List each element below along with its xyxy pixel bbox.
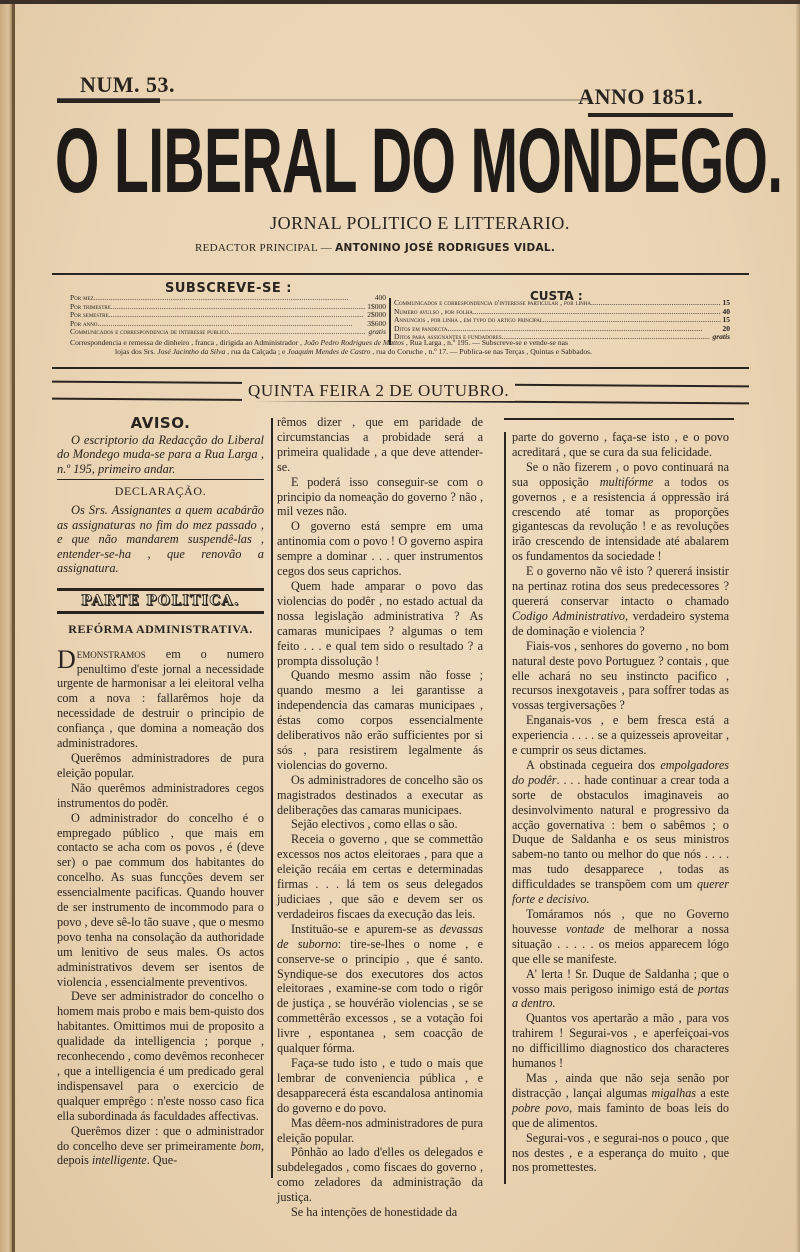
- article-paragraph: O administrador do concelho é o empregad…: [57, 811, 264, 990]
- header-divider: [52, 273, 749, 275]
- notice-body: O escriptorio da Redacção do Liberal do …: [57, 433, 264, 477]
- editor-line: REDACTOR PRINCIPAL — ANTONINO JOSÉ RODRI…: [195, 242, 555, 254]
- article-paragraph: Querêmos administradores de pura eleição…: [57, 751, 264, 781]
- article-paragraph: A obstinada cegueira dos empolgadores do…: [512, 758, 729, 907]
- column-rule: [271, 418, 273, 1178]
- column-3: parte do governo , faça-se isto , e o po…: [512, 430, 729, 1175]
- editor-label: REDACTOR PRINCIPAL —: [195, 242, 332, 254]
- publication-notes: Correspondencia e remessa de dinheiro , …: [70, 338, 730, 356]
- page-edge-top: [0, 0, 800, 4]
- date-banner: QUINTA FEIRA 2 DE OUTUBRO.: [52, 377, 749, 407]
- article-paragraph: parte do governo , faça-se isto , e o po…: [512, 430, 729, 460]
- cost-row: Numero avulso , por folha40: [394, 308, 730, 317]
- article-paragraph: Pônhão ao lado d'elles os delegados e su…: [277, 1145, 483, 1205]
- price-row: Por trimestre1$000: [70, 303, 386, 312]
- article-paragraph: Instituão-se e apurem-se as devassas de …: [277, 922, 483, 1056]
- subscription-price-list: Por mez400 Por trimestre1$000 Por semest…: [70, 294, 386, 337]
- price-row: Por anno3$600: [70, 320, 386, 329]
- header-rule-left: [57, 98, 160, 103]
- article-paragraph: Deve ser administrador do concelho o hom…: [57, 989, 264, 1123]
- drop-cap: D: [57, 649, 77, 671]
- price-row: Por mez400: [70, 294, 386, 303]
- article-paragraph: Querêmos dizer : que o administrador do …: [57, 1124, 264, 1169]
- article-paragraph: Quem hade amparar o povo das violencias …: [277, 579, 483, 668]
- notes-divider: [52, 367, 749, 369]
- article-paragraph: E o governo não vê isto ? quererá insist…: [512, 564, 729, 639]
- article-paragraph: Mas dêem-nos administradores de pura ele…: [277, 1116, 483, 1146]
- article-paragraph: Fiais-vos , senhores do governo , no bom…: [512, 639, 729, 714]
- newspaper-title: O LIBERAL DO MONDEGO.: [55, 116, 489, 206]
- article-paragraph: Quando mesmo assim não fosse ; quando me…: [277, 668, 483, 772]
- issue-date: QUINTA FEIRA 2 DE OUTUBRO.: [242, 381, 515, 401]
- column-1: AVISO. O escriptorio da Redacção do Libe…: [57, 414, 264, 1168]
- article-paragraph: Se o não fizerem , o povo continuará na …: [512, 460, 729, 564]
- article-paragraph: Se ha intenções de honestidade da: [277, 1205, 483, 1220]
- editor-name: ANTONINO JOSÉ RODRIGUES VIDAL.: [335, 242, 555, 254]
- issue-number: NUM. 53.: [80, 72, 175, 98]
- article-paragraph: Enganais-vos , e bem fresca está a exper…: [512, 713, 729, 758]
- article-paragraph: Não querêmos administradores cegos instr…: [57, 781, 264, 811]
- price-row: Communicados e correspondencia de intere…: [70, 328, 386, 337]
- article-paragraph: Demonstramos em o numero penultimo d'est…: [57, 647, 264, 751]
- page-edge-right: [796, 0, 800, 1252]
- article-paragraph: Tomáramos nós , que no Governo houvesse …: [512, 907, 729, 967]
- article-paragraph: Receia o governo , que se commettão exce…: [277, 832, 483, 921]
- cost-row: Annuncios , por linha , em typo do artig…: [394, 316, 730, 325]
- cost-row: Ditos em pandecta20: [394, 325, 730, 334]
- article-paragraph: Quantos vos apertarão a mão , para vos t…: [512, 1011, 729, 1071]
- declaration-body: Os Srs. Assignantes a quem acabárão as a…: [57, 503, 264, 576]
- article-paragraph: Faça-se tudo isto , e tudo o mais que le…: [277, 1056, 483, 1116]
- notes-line-2: lojas dos Srs. José Jacintho da Silva , …: [70, 347, 730, 356]
- article-paragraph: E poderá isso conseguir-se com o princip…: [277, 475, 483, 520]
- notes-line-1: Correspondencia e remessa de dinheiro , …: [70, 338, 730, 347]
- column-2: rêmos dizer , que em paridade de circums…: [277, 415, 483, 1220]
- article-paragraph: rêmos dizer , que em paridade de circums…: [277, 415, 483, 475]
- newspaper-subtitle: JORNAL POLITICO E LITTERARIO.: [0, 213, 800, 234]
- column-rule: [504, 432, 506, 1184]
- article-paragraph: O governo está sempre em uma antinomia c…: [277, 519, 483, 579]
- article-paragraph: Os administradores de concelho são os ma…: [277, 773, 483, 818]
- article-title: REFÓRMA ADMINISTRATIVA.: [57, 622, 264, 637]
- cost-row: Communicados e correspondencia d'interes…: [394, 299, 730, 308]
- section-heading: PARTE POLITICA.: [57, 588, 264, 614]
- article-paragraph: Mas , ainda que não seja senão por distr…: [512, 1071, 729, 1131]
- issue-year: ANNO 1851.: [578, 84, 703, 110]
- costs-price-list: Communicados e correspondencia d'interes…: [394, 299, 730, 342]
- header-rule-faint: [160, 99, 588, 101]
- declaration-title: DECLARAÇÃO.: [57, 484, 264, 499]
- article-paragraph: Segurai-vos , e segurai-nos o pouco , qu…: [512, 1131, 729, 1176]
- column-rule-top: [504, 418, 734, 420]
- notice-title: AVISO.: [57, 416, 264, 431]
- article-paragraph: Sejão electivos , como ellas o são.: [277, 817, 483, 832]
- price-row: Por semestre2$000: [70, 311, 386, 320]
- article-paragraph: A' lerta ! Sr. Duque de Saldanha ; que o…: [512, 967, 729, 1012]
